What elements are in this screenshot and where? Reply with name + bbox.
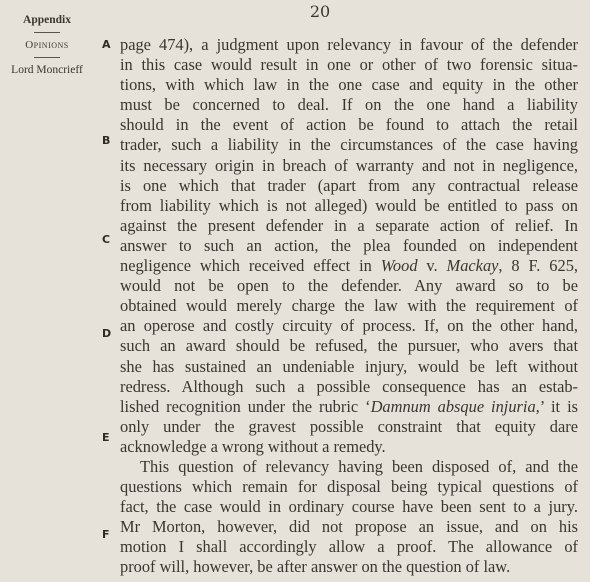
text-line: page 474), a judgment upon relevancy in … xyxy=(120,35,578,55)
text-line: tions, with which law in the one case an… xyxy=(120,75,578,95)
text-line: answer to such an action, the plea found… xyxy=(120,236,578,256)
sidebar-subsection: Opinions xyxy=(4,39,90,51)
text-line: acknowledge a wrong without a remedy. xyxy=(120,437,578,457)
text-line: from liability which is not alleged) wou… xyxy=(120,196,578,216)
text-line: would not be open to the defender. Any a… xyxy=(120,276,578,296)
margin-marker-c: C xyxy=(102,233,110,246)
text-line: such an award should be refused, the pur… xyxy=(120,336,578,356)
text-line: is one which that trader (apart from any… xyxy=(120,176,578,196)
text-line: an operose and costly circuity of proces… xyxy=(120,316,578,336)
case-party-2: Mackay xyxy=(447,256,499,275)
margin-marker-f: F xyxy=(102,528,110,541)
text-line: proof will, however, be after answer on … xyxy=(120,557,578,577)
text-line-citation: negligence which received effect in Wood… xyxy=(120,256,578,276)
text-line: trader, such a liability in the circumst… xyxy=(120,135,578,155)
text-line: should in the event of action be found t… xyxy=(120,115,578,135)
sidebar-rule xyxy=(34,57,60,58)
text-line: obtained would merely charge the law wit… xyxy=(120,296,578,316)
text-line: motion I shall accordingly allow a proof… xyxy=(120,537,578,557)
text-line: only under the gravest possible constrai… xyxy=(120,417,578,437)
margin-marker-d: D xyxy=(102,327,111,340)
margin-marker-b: B xyxy=(102,134,110,147)
text-line: fact, the case would in ordinary course … xyxy=(120,497,578,517)
margin-marker-e: E xyxy=(102,431,110,444)
text-line: its necessary origin in breach of warran… xyxy=(120,156,578,176)
text-line: This question of relevancy having been d… xyxy=(120,457,578,477)
sidebar-section: Appendix xyxy=(4,14,90,26)
text-line: questions which remain for disposal bein… xyxy=(120,477,578,497)
text-line: she has sustained an undeniable injury, … xyxy=(120,357,578,377)
case-party-1: Wood xyxy=(381,256,418,275)
case-reference: , 8 F. 625, xyxy=(498,256,578,275)
text-line-latin: lished recognition under the rubric ‘Dam… xyxy=(120,397,578,417)
sidebar-rule xyxy=(34,32,60,33)
body-text: page 474), a judgment upon relevancy in … xyxy=(120,35,578,578)
text-line: must be concerned to deal. If on the one… xyxy=(120,95,578,115)
paragraph-2: This question of relevancy having been d… xyxy=(120,457,578,578)
text-line: against the present defender in a separa… xyxy=(120,216,578,236)
sidebar-judge: Lord Moncrieff xyxy=(4,64,90,76)
latin-phrase: Damnum absque injuria, xyxy=(371,397,540,416)
text-line: Mr Morton, however, did not propose an i… xyxy=(120,517,578,537)
margin-marker-a: A xyxy=(102,38,111,51)
paragraph-1: page 474), a judgment upon relevancy in … xyxy=(120,35,578,457)
text-line: redress. Although such a possible conseq… xyxy=(120,377,578,397)
text-line: in this case would result in one or othe… xyxy=(120,55,578,75)
running-sidebar: Appendix Opinions Lord Moncrieff xyxy=(4,14,90,76)
